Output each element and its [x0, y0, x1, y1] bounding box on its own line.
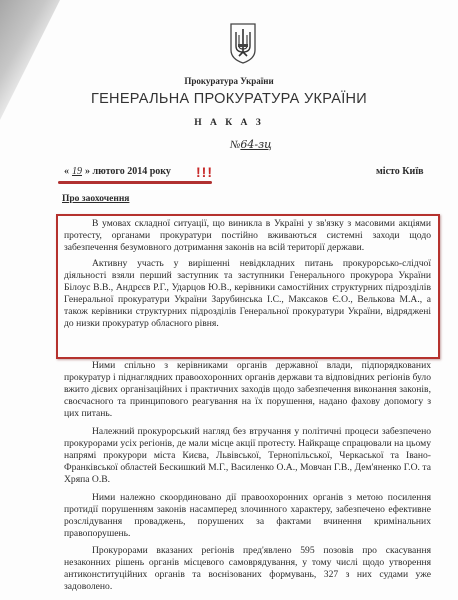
organization-name-small: Прокуратура України — [0, 76, 458, 86]
paragraph-2: Активну участь у вирішенні невідкладних … — [64, 258, 431, 331]
order-number: №64-зц — [230, 138, 272, 151]
order-number-handwritten: 64-зц — [240, 138, 271, 151]
paragraph-1: В умовах складної ситуації, що виникла в… — [64, 218, 431, 254]
number-sign: № — [230, 139, 240, 151]
date-month-year: лютого 2014 року — [93, 166, 171, 177]
date-day-handwritten: 19 — [69, 166, 85, 177]
paragraph-5: Ними належно скоординовано дії правоохор… — [64, 492, 431, 540]
exclamation-annotation: !!! — [196, 164, 213, 180]
order-city: місто Київ — [376, 166, 424, 177]
paragraph-6: Прокурорами вказаних регіонів пред'явлен… — [64, 545, 431, 593]
coat-of-arms-icon — [228, 22, 258, 64]
order-date: «19» лютого 2014 року — [64, 166, 171, 177]
document-type: Н А К А З — [0, 118, 458, 128]
paragraph-3: Ними спільно з керівниками органів держа… — [64, 360, 431, 420]
organization-name-title: ГЕНЕРАЛЬНА ПРОКУРАТУРА УКРАЇНИ — [0, 91, 458, 107]
date-red-underline-annotation — [58, 181, 212, 184]
date-close-quote: » — [85, 166, 90, 177]
paragraph-4: Належний прокурорський нагляд без втруча… — [64, 426, 431, 486]
order-subject: Про заохочення — [62, 194, 129, 204]
